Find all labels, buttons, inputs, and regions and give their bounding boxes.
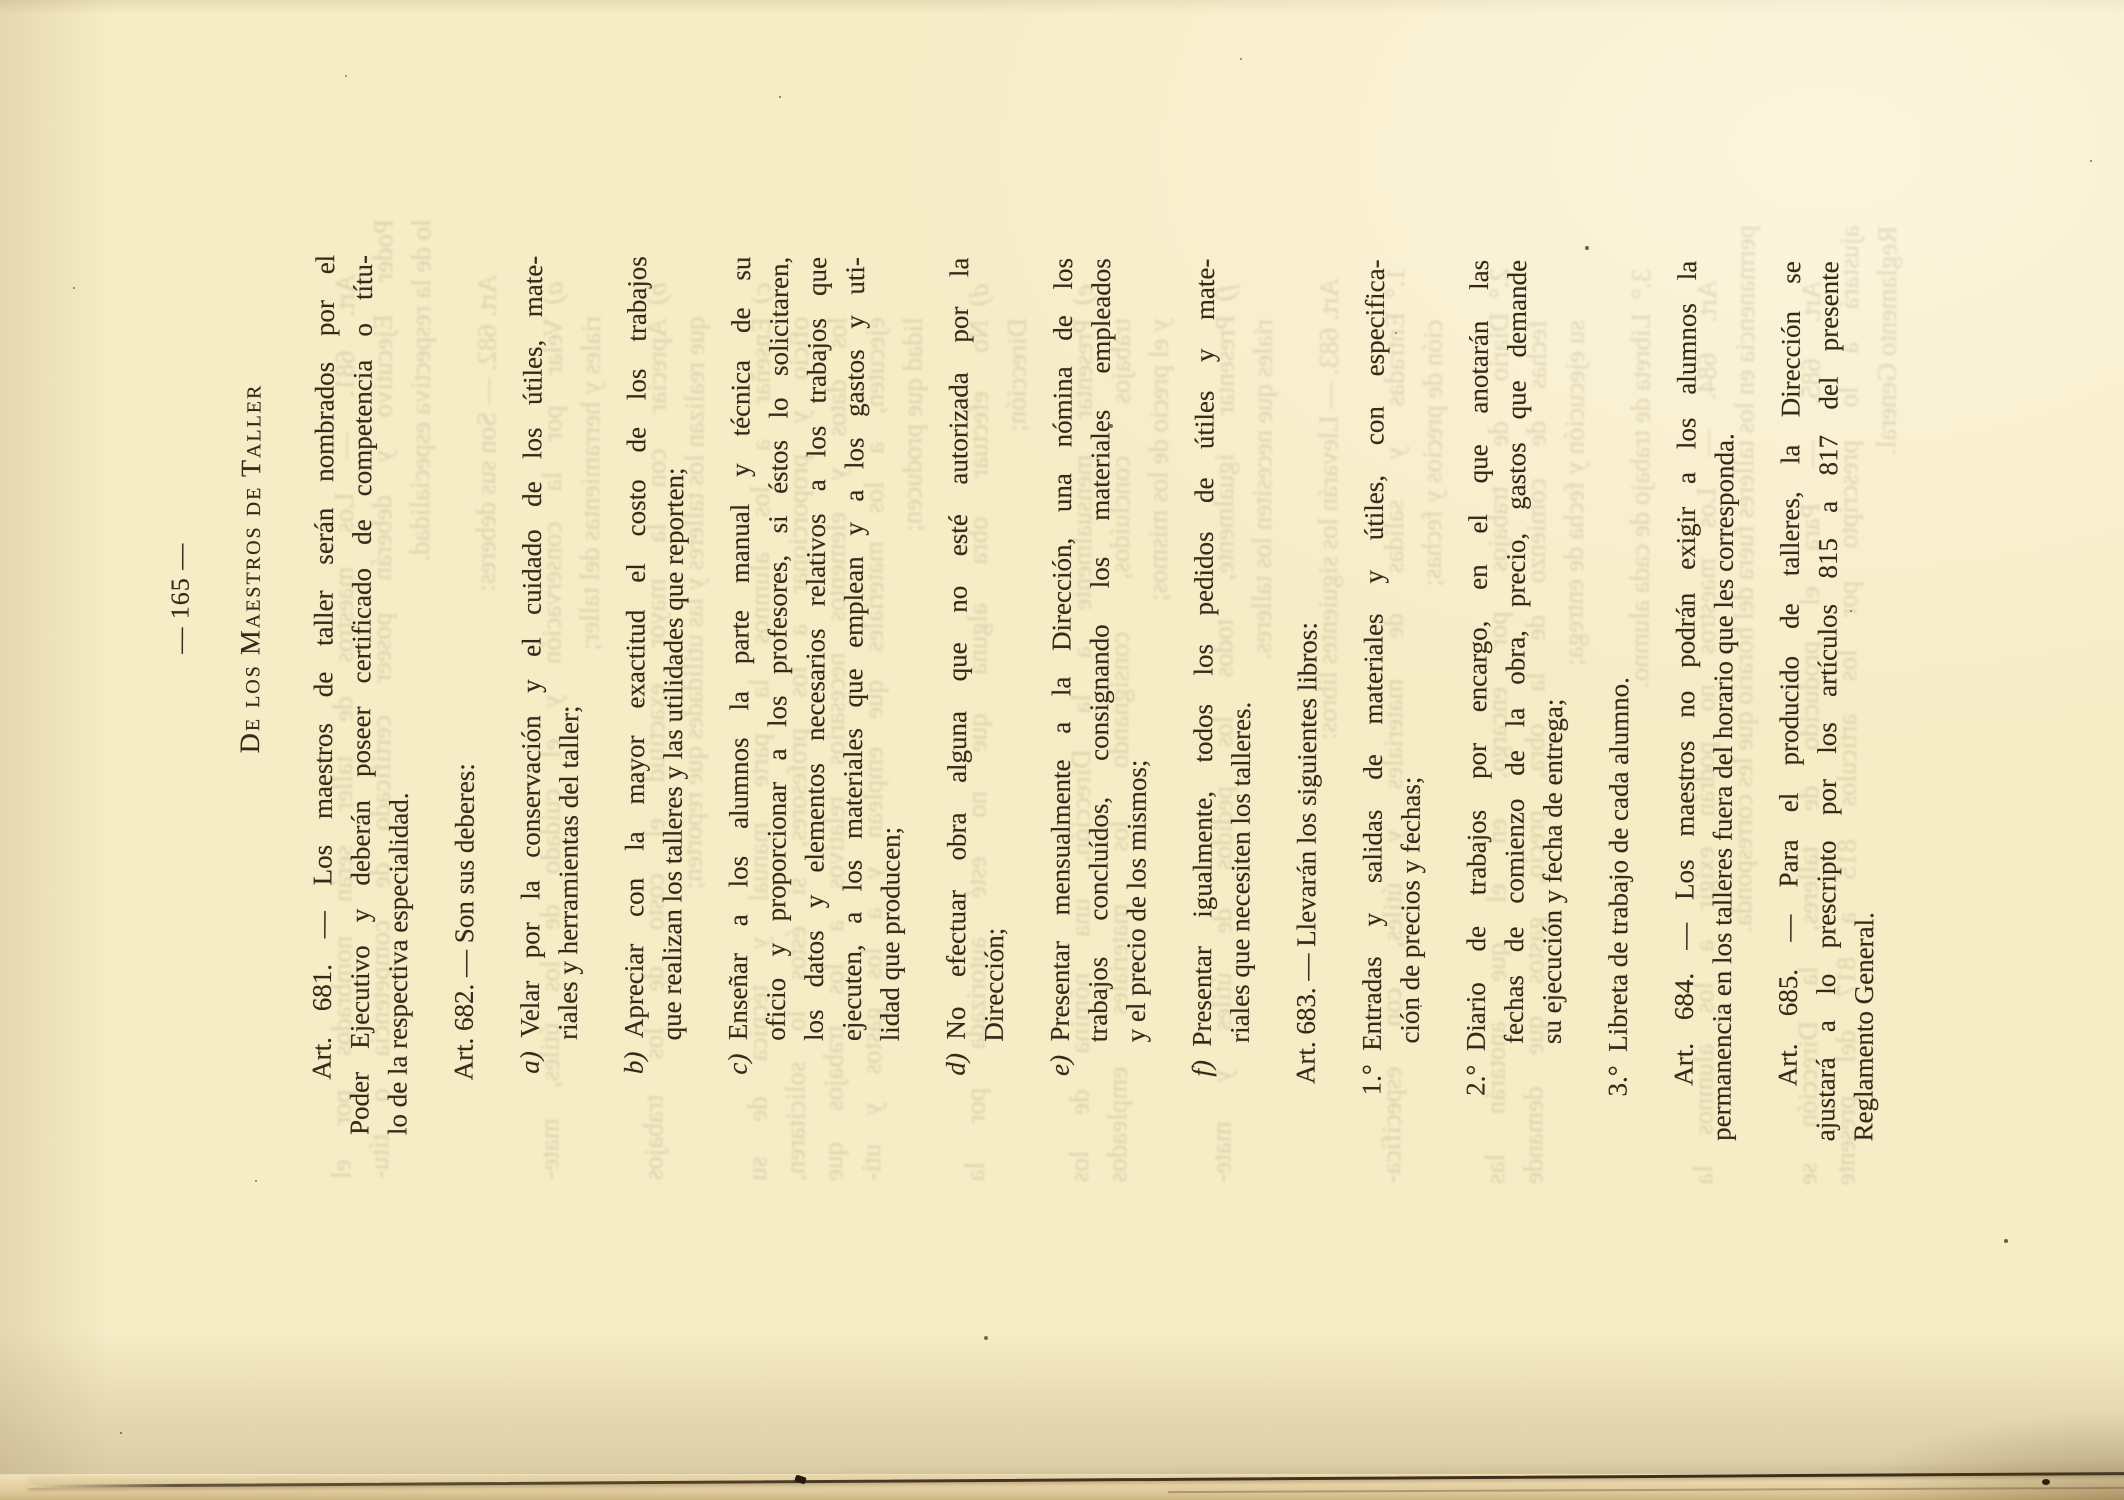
text-line: 2.° Diario de trabajos por encargo, en e…: [1456, 260, 1498, 1140]
text-line: lidad que producen;: [870, 257, 912, 1137]
text-line: b) Apreciar con la mayor exactitud el co…: [614, 256, 656, 1136]
printed-block: Art. 681. — Los maestros de taller serán…: [0, 0, 2124, 1500]
text-line: que realizan los talleres y las utilidad…: [652, 256, 694, 1136]
text-line: Art. 682. — Son sus deberes:: [444, 255, 486, 1135]
text-line: trabajos concluídos, consignando los mat…: [1078, 258, 1120, 1138]
section-title: De los Maestros de Taller: [229, 128, 273, 1134]
text-line: c) Enseñar a los alumnos la parte manual…: [718, 257, 760, 1137]
book-scan: Art. 681. — Los maestros de taller serán…: [0, 0, 2124, 1500]
text-line: ajustará a lo prescripto por los artícul…: [1806, 261, 1848, 1141]
text-line: 1.° Entradas y salidas de materiales y ú…: [1352, 259, 1394, 1139]
text-line: riales que necesiten los talleres.: [1220, 259, 1262, 1139]
text-line: permanencia en los talleres fuera del ho…: [1702, 261, 1744, 1141]
ink-mark: [2042, 1479, 2050, 1485]
text-line: los datos y elementos necesarios relativ…: [794, 257, 836, 1137]
page-body: Art. 681. — Los maestros de taller serán…: [302, 255, 1886, 1142]
text-line: lo de la respectiva especialidad.: [378, 255, 420, 1135]
text-line: Dirección;: [974, 258, 1016, 1138]
paper-specks: [0, 0, 2, 2]
text-line: a) Velar por la conservación y el cuidad…: [510, 256, 552, 1136]
text-line: Art. 685. — Para el producido de tallere…: [1768, 261, 1810, 1141]
text-line: Art. 681. — Los maestros de taller serán…: [302, 255, 344, 1135]
corner-shadow: [1784, 1404, 2124, 1500]
text-line: e) Presentar mensualmente a la Dirección…: [1040, 258, 1082, 1138]
text-line: Poder Ejecutivo y deberán poseer certifi…: [340, 255, 382, 1135]
text-line: su ejecución y fecha de entrega;: [1532, 260, 1574, 1140]
text-line: d) No efectuar obra alguna que no esté a…: [936, 257, 978, 1137]
text-line: ejecuten, a los materiales que emplean y…: [832, 257, 874, 1137]
text-line: Reglamento General.: [1844, 261, 1886, 1141]
text-line: 3.° Libreta de trabajo de cada alumno.: [1598, 260, 1640, 1140]
text-line: riales y herramientas del taller;: [548, 256, 590, 1136]
text-line: Art. 684. — Los maestros no podrán exigi…: [1664, 261, 1706, 1141]
text-line: fechas de comienzo de la obra, precio, g…: [1494, 260, 1536, 1140]
text-line: y el precio de los mismos;: [1116, 258, 1158, 1138]
text-line: ción de precios y fechas;: [1390, 259, 1432, 1139]
rotated-page: Art. 681. — Los maestros de taller serán…: [0, 0, 2124, 1500]
page-number: — 165 —: [160, 158, 200, 1134]
text-line: f) Presentar igualmente, todos los pedid…: [1182, 259, 1224, 1139]
text-line: oficio y proporcionar a los profesores, …: [756, 257, 798, 1137]
text-line: Art. 683. — Llevarán los siguientes libr…: [1286, 259, 1328, 1139]
